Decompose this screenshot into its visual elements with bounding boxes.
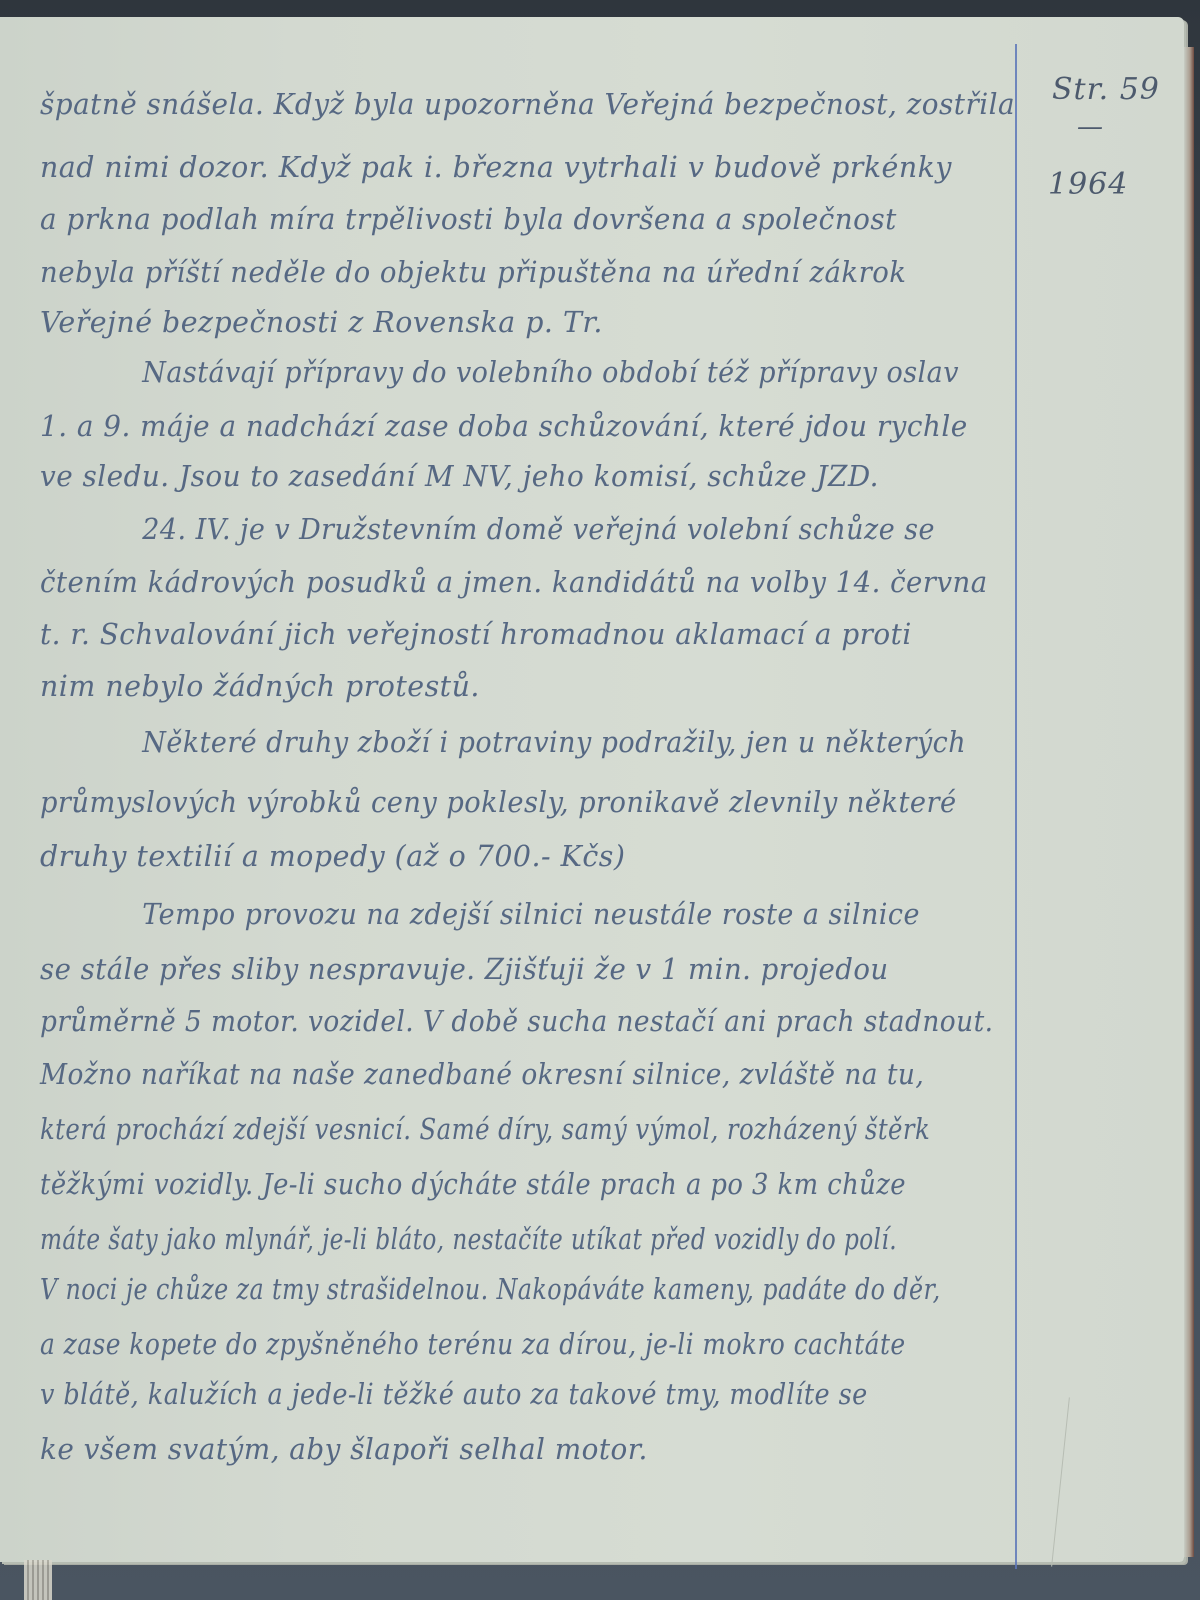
text-line: druhy textilií a mopedy (až o 700.- Kčs): [40, 839, 625, 873]
text-line: Tempo provozu na zdejší silnici neustále…: [40, 897, 920, 931]
text-line: čtením kádrových posudků a jmen. kandidá…: [40, 565, 988, 599]
margin-rule-line: [1015, 44, 1017, 1569]
text-line: nim nebylo žádných protestů.: [40, 669, 480, 703]
text-line: máte šaty jako mlynář, je-li bláto, nest…: [40, 1222, 897, 1256]
text-line: t. r. Schvalování jich veřejností hromad…: [40, 617, 912, 651]
text-line: v blátě, kalužích a jede-li těžké auto z…: [40, 1377, 868, 1411]
text-line: nebyla příští neděle do objektu připuště…: [40, 255, 906, 289]
text-line: se stále přes sliby nespravuje. Zjišťuji…: [40, 952, 889, 986]
text-line: 24. IV. je v Družstevním domě veřejná vo…: [40, 512, 935, 546]
chronicle-page: Str. 59 — 1964 špatně snášela. Když byla…: [0, 17, 1184, 1562]
margin-separator: —: [1077, 112, 1104, 142]
text-line: a prkna podlah míra trpělivosti byla dov…: [40, 202, 897, 236]
margin-year: 1964: [1048, 167, 1128, 202]
text-line: nad nimi dozor. Když pak i. března vytrh…: [40, 150, 952, 184]
text-line: V noci je chůze za tmy strašidelnou. Nak…: [40, 1272, 941, 1306]
faint-pencil-line: [1051, 1397, 1070, 1566]
scan-background: Str. 59 — 1964 špatně snášela. Když byla…: [0, 0, 1200, 1600]
text-line: Některé druhy zboží i potraviny podražil…: [40, 725, 966, 759]
text-line: špatně snášela. Když byla upozorněna Veř…: [40, 87, 1015, 121]
text-line: ve sledu. Jsou to zasedání M NV, jeho ko…: [40, 459, 879, 493]
text-line: průměrně 5 motor. vozidel. V době sucha …: [40, 1004, 993, 1038]
text-line: průmyslových výrobků ceny poklesly, pron…: [40, 785, 957, 819]
text-line: těžkými vozidly. Je-li sucho dýcháte stá…: [40, 1167, 906, 1201]
text-line: ke všem svatým, aby šlapoři selhal motor…: [40, 1432, 648, 1466]
binding-thread: [24, 1560, 52, 1600]
text-line: Možno naříkat na naše zanedbané okresní …: [40, 1057, 924, 1091]
page-edge: [1184, 47, 1194, 1557]
text-line: a zase kopete do zpyšněného terénu za dí…: [40, 1327, 906, 1361]
text-line: 1. a 9. máje a nadchází zase doba schůzo…: [40, 409, 968, 443]
text-line: která prochází zdejší vesnicí. Samé díry…: [40, 1112, 930, 1146]
text-line: Nastávají přípravy do volebního období t…: [40, 355, 959, 389]
text-line: Veřejné bezpečnosti z Rovenska p. Tr.: [40, 305, 603, 339]
page-number-label: Str. 59: [1052, 72, 1160, 107]
